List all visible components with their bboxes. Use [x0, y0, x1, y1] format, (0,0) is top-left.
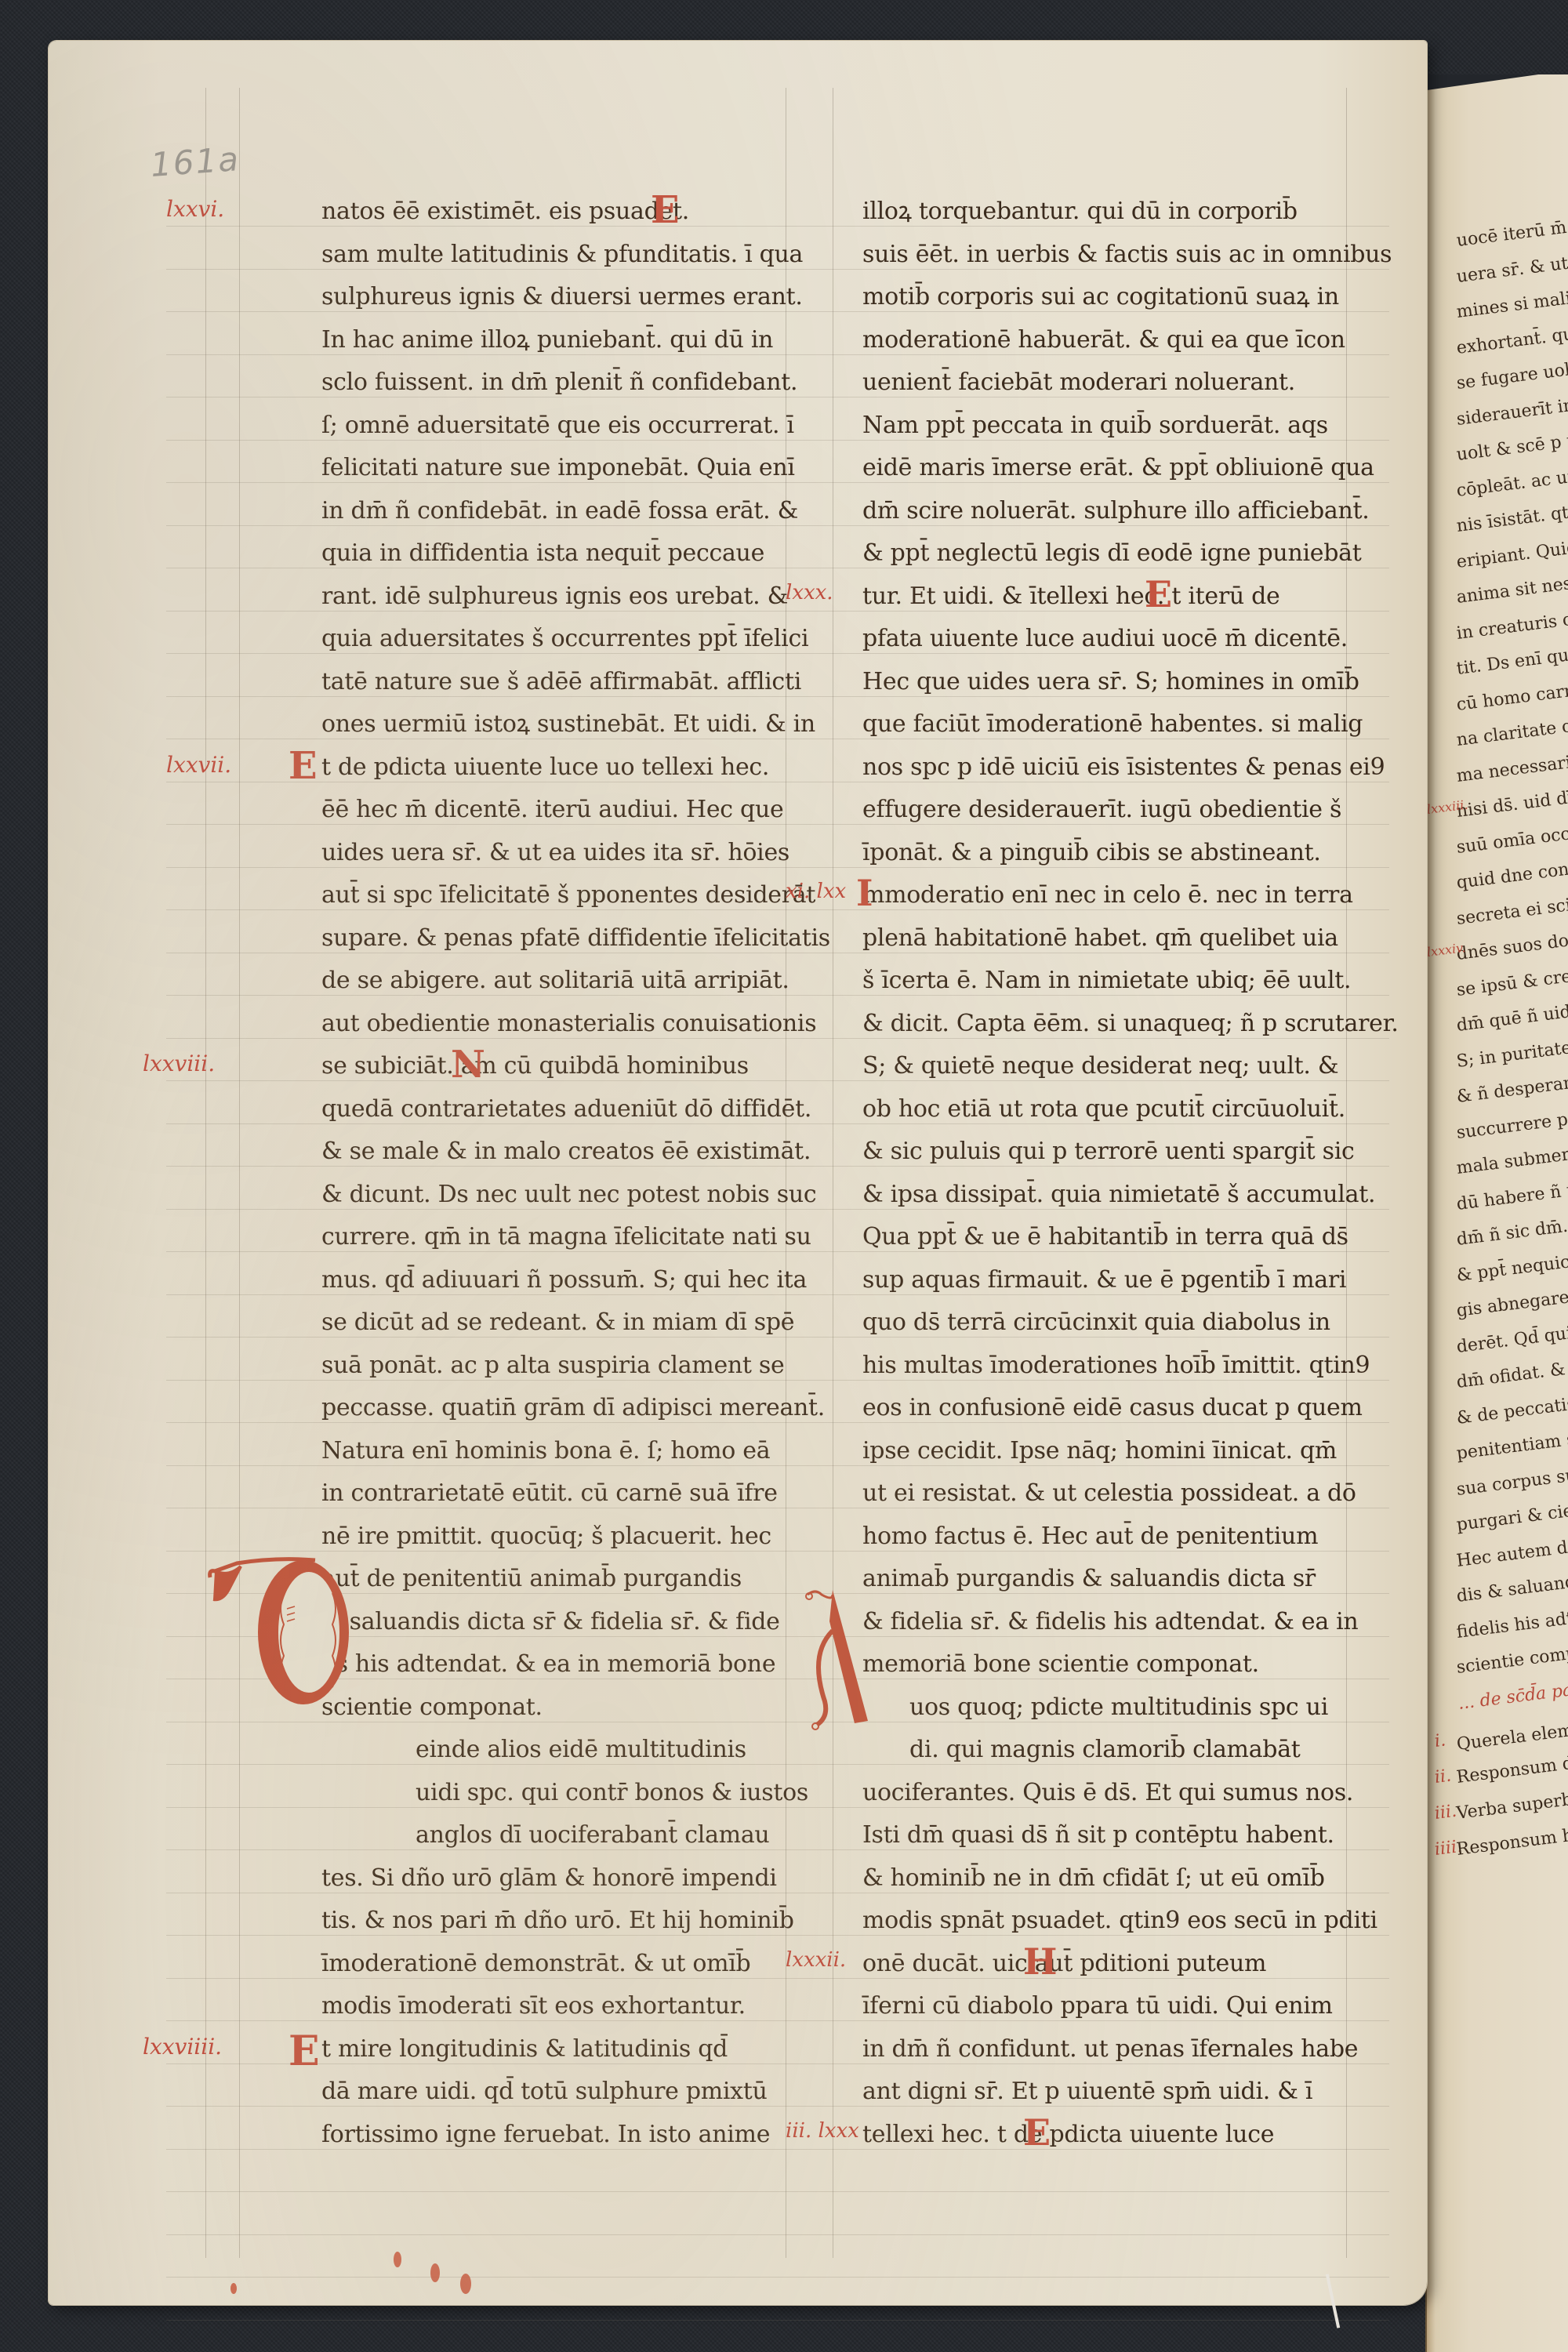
- text-line: Natura enī hominis bona ē. ſ; homo eā: [321, 1436, 770, 1467]
- text-line: aut̄ de penitentiū animab̄ purgandis: [321, 1563, 742, 1595]
- chapter-number-rubric: lxxviii.: [143, 1051, 215, 1076]
- text-line: & saluandis dicta sr̄ & fidelia sr̄. & f…: [321, 1606, 780, 1638]
- text-line: quedā contrarietates adueniūt dō diffidē…: [321, 1094, 811, 1125]
- chapter-number-rubric: iii. lxxx: [786, 2119, 859, 2143]
- inline-initial: E: [651, 188, 680, 232]
- text-line: plenā habitationē habet. qm̄ quelibet ui…: [862, 923, 1338, 954]
- facing-chapter-number: iii.: [1433, 1801, 1457, 1823]
- inline-initial: E: [289, 744, 318, 788]
- inline-initial: N: [451, 1043, 485, 1087]
- text-line: š īcerta ē. Nam in nimietate ubiq; ēē uu…: [862, 965, 1351, 996]
- facing-text-line: ma necessaria eis t: [1455, 746, 1568, 786]
- red-stain: [230, 2283, 237, 2294]
- ruling-line: [166, 2320, 1389, 2321]
- facing-text-line: secreta ei sciret.: [1455, 891, 1568, 929]
- text-line: tis. & nos pari m̄ dño urō. Et hij homin…: [321, 1905, 794, 1936]
- text-line: īmoderationē demonstrāt. & ut omīb̄: [321, 1948, 750, 1980]
- text-line: supare. & penas pfatē diffidentie īfelic…: [321, 923, 830, 954]
- text-line: ob hoc etiā ut rota que pcutit̄ circūuol…: [862, 1094, 1345, 1125]
- text-line: ſ; omnē aduersitatē que eis occurrerat. …: [321, 410, 794, 441]
- text-line: uenient̄ faciebāt moderari noluerant.: [862, 367, 1295, 398]
- facing-text-line: nisi ds̄. uid dī: [1455, 788, 1568, 822]
- facing-text-line: uera sr̄. & ut ea u: [1455, 249, 1568, 287]
- inline-initial: E: [1023, 2111, 1051, 2154]
- text-line: quia aduersitates š occurrentes ppt̄ īfe…: [321, 623, 808, 655]
- text-line: ones uermiū istoꝝ sustinebāt. Et uidi. &…: [321, 709, 815, 740]
- text-line: Qua ppt̄ & ue ē habitantib̄ in terra quā…: [862, 1221, 1348, 1253]
- text-line: sulphureus ignis & diuersi uermes erant.: [321, 281, 803, 313]
- text-line: se subiciāt. am cū quibdā hominibus: [321, 1051, 749, 1082]
- text-line: & hominib̄ ne in dm̄ cfidāt ſ; ut eū omī…: [862, 1863, 1325, 1894]
- text-line: quia in diffidentia ista nequit̄ peccaue: [321, 538, 764, 569]
- facing-text-line: sua corpus suū excu: [1455, 1458, 1568, 1499]
- text-line: se dicūt ad se redeant. & in miam dī spē: [321, 1307, 794, 1338]
- text-line: suā ponāt. ac p alta suspiria clament se: [321, 1350, 784, 1381]
- red-stain: [430, 2263, 440, 2282]
- facing-text-line: & de peccatis suis c: [1455, 1387, 1568, 1428]
- facing-text-line: dis & saluandis dic: [1455, 1566, 1568, 1606]
- ruling-line: [239, 88, 240, 2258]
- facing-chapter-number: ii.: [1433, 1766, 1452, 1787]
- text-line: & dicunt. Ds nec uult nec potest nobis s…: [321, 1179, 816, 1210]
- text-line: Nam ppt̄ peccata in quib̄ sorduerāt. aqs: [862, 410, 1328, 441]
- folio-number: 161a: [149, 140, 241, 184]
- text-line: rant. idē sulphureus ignis eos urebat. &: [321, 581, 788, 612]
- text-line: motib̄ corporis sui ac cogitationū suaꝝ …: [862, 281, 1339, 313]
- facing-page: uocē iterū m̄ dicenuera sr̄. & ut ea umi…: [1425, 74, 1568, 2352]
- facing-text-line: quid dne conferre: [1455, 855, 1568, 893]
- text-line: anglos dī uociferabant̄ clamau: [416, 1820, 769, 1851]
- facing-text-line: cū homo carnalit̄: [1455, 677, 1568, 715]
- facing-chapter-title: Querela elementoꝝ.: [1455, 1711, 1568, 1755]
- text-line: tur. Et uidi. & ītellexi hec. t iterū de: [862, 581, 1280, 612]
- text-line: suis ēēt. in uerbis & factis suis ac in …: [862, 239, 1392, 270]
- chapter-number-rubric: lxxvi.: [166, 196, 224, 222]
- facing-text-line: na claritate opū su: [1455, 711, 1568, 750]
- text-line: quo ds̄ terrā circūcinxit quia diabolus …: [862, 1307, 1330, 1338]
- facing-text-line: in creaturis opat̄.: [1455, 605, 1568, 643]
- initial-e: E: [289, 2027, 320, 2075]
- facing-text-line: Hec autem de pen: [1455, 1532, 1568, 1571]
- manuscript-leaf: 161a natos ēē existimēt. eis psuadet.sam…: [49, 41, 1427, 2305]
- facing-chapter-title: Responsum humilit: [1455, 1819, 1568, 1859]
- facing-text-line: derēt. Qd̄ qui salua: [1455, 1317, 1568, 1357]
- text-line: onē ducāt. uic aut̄ pditioni puteum: [862, 1948, 1266, 1980]
- text-line: Hec que uides uera sr̄. S; homines in om…: [862, 666, 1359, 698]
- facing-text-line: siderauerīt in dn: [1455, 392, 1568, 429]
- text-line: sup aquas firmauit. & ue ē pgentib̄ ī ma…: [862, 1265, 1346, 1296]
- facing-text-line: tit. Ds enī qui in t: [1455, 641, 1568, 679]
- facing-text-line: se ipsū & creaturas: [1455, 960, 1568, 1000]
- text-line: memoriā bone scientie componat.: [862, 1649, 1259, 1680]
- text-line: nos spc p idē uiciū eis īsistentes & pen…: [862, 752, 1385, 783]
- text-line: tes. Si dño urō glām & honorē impendi: [321, 1863, 777, 1894]
- facing-text-line: suū omīa occulta s: [1455, 818, 1568, 857]
- ruling-line: [166, 2234, 1389, 2235]
- facing-text-line: mines si maligno: [1455, 285, 1568, 322]
- facing-text-line: S; in puritate fidi: [1455, 1033, 1568, 1071]
- text-line: in dm̄ ñ confidebāt. in eadē fossa erāt.…: [321, 495, 798, 527]
- text-line: & ipsa dissipat̄. quia nimietatē š accum…: [862, 1179, 1375, 1210]
- facing-text-line: fidelis his adtenda: [1455, 1603, 1568, 1642]
- facing-text-line: purgari & ciec del: [1455, 1496, 1568, 1535]
- text-line: pfata uiuente luce audiui uocē m̄ dicent…: [862, 623, 1348, 655]
- chapter-number-rubric: lxxvii.: [166, 752, 231, 778]
- red-stain: [460, 2274, 471, 2294]
- facing-text-line: gis abnegare conte: [1455, 1281, 1568, 1321]
- facing-text-line: uocē iterū m̄ dicen: [1455, 212, 1568, 251]
- facing-text-line: uolt & scē p ut po: [1455, 426, 1568, 465]
- text-line: mmoderatio enī nec in celo ē. nec in ter…: [862, 880, 1353, 911]
- chapter-number-rubric: lxxviiii.: [143, 2034, 222, 2060]
- text-line: felicitati nature sue imponebāt. Quia en…: [321, 452, 795, 484]
- text-line: homo factus ē. Hec aut̄ de penitentium: [862, 1521, 1318, 1552]
- facing-text-line: dū habere ñ possit.: [1455, 1174, 1568, 1214]
- facing-text-line: scientie componat: [1455, 1639, 1568, 1678]
- text-line: de se abigere. aut solitariā uitā arripi…: [321, 965, 789, 996]
- text-line: scientie componat.: [321, 1692, 543, 1723]
- text-line: illoꝝ torquebantur. qui dū in corporib̄: [862, 196, 1298, 227]
- text-line: modis spnāt psuadet. qtin9 eos secū in p…: [862, 1905, 1377, 1936]
- facing-text-line: exhortant̄. que a: [1455, 321, 1568, 358]
- decorated-initial-d: [205, 1546, 354, 1719]
- text-line: īponāt. & a pinguib̄ cibis se abstineant…: [862, 837, 1321, 869]
- facing-text-line: succurrere possit n: [1455, 1102, 1568, 1142]
- text-line: in contrarietatē eūtit. cū carnē suā īfr…: [321, 1478, 778, 1509]
- inline-initial: E: [1145, 573, 1172, 615]
- text-line: mus. qd̄ adiuuari ñ possum̄. S; qui hec …: [321, 1265, 807, 1296]
- text-line: aut obedientie monasterialis conuisation…: [321, 1008, 816, 1040]
- text-line: his multas īmoderationes hoīb̄ īmittit. …: [862, 1350, 1370, 1381]
- facing-text-line: dm̄ quē ñ uidet ad: [1455, 996, 1568, 1036]
- facing-chapter-title: Verba superbie.: [1455, 1787, 1568, 1823]
- facing-text-line: dm̄ ñ sic dm̄. ſ; sic s: [1455, 1209, 1568, 1250]
- text-line: ut ei resistat. & ut celestia possideat.…: [862, 1478, 1356, 1509]
- text-line: Isti dm̄ quasi ds̄ ñ sit p contēptu habe…: [862, 1820, 1334, 1851]
- facing-text-line: mala submersus sit: [1455, 1138, 1568, 1178]
- facing-text-line: anima sit nescit.: [1455, 571, 1568, 608]
- text-line: In hac anime illoꝝ puniebant̄. qui dū in: [321, 325, 773, 356]
- text-line: ipse cecidit. Ipse nāq; homini īinicat. …: [862, 1436, 1337, 1467]
- ruling-line: [205, 88, 206, 2258]
- text-line: dā mare uidi. qd̄ totū sulphure pmixtū: [321, 2076, 768, 2107]
- facing-chapter-number: i.: [1433, 1730, 1446, 1751]
- text-line: effugere desiderauerīt. iugū obedientie …: [862, 794, 1341, 826]
- text-line: & sic puluis qui p terrorē uenti spargit…: [862, 1136, 1355, 1167]
- text-line: & ppt̄ neglectū legis dī eodē igne punie…: [862, 538, 1361, 569]
- text-line: currere. qm̄ in tā magna īfelicitate nat…: [321, 1221, 811, 1253]
- chapter-number-rubric: xi. lxx: [786, 880, 846, 903]
- text-line: que faciūt īmoderationē habentes. si mal…: [862, 709, 1363, 740]
- ruling-line: [833, 88, 833, 2258]
- text-line: īferni cū diabolo ppara tū uidi. Qui eni…: [862, 1991, 1333, 2022]
- ruling-line: [166, 2191, 1389, 2192]
- text-line: uos quoq; pdicte multitudinis spc ui: [909, 1692, 1328, 1723]
- facing-text-line: eripiant. Quicūq: [1455, 535, 1568, 572]
- text-line: uidi spc. qui contr̄ bonos & iustos: [416, 1777, 808, 1809]
- text-line: modis īmoderati sīt eos exhortantur.: [321, 1991, 746, 2022]
- text-line: einde alios eidē multitudinis: [416, 1734, 746, 1766]
- text-line: uociferantes. Quis ē ds̄. Et qui sumus n…: [862, 1777, 1353, 1809]
- text-line: S; & quietē neque desiderat neq; uult. &: [862, 1051, 1338, 1082]
- facing-text-line: nis īsistāt. qtin9 di: [1455, 497, 1568, 536]
- facing-text-line: dnēs suos dominat: [1455, 925, 1568, 964]
- text-line: sam multe latitudinis & pfunditatis. ī q…: [321, 239, 803, 270]
- text-line: moderationē habuerāt. & qui ea que īcon: [862, 325, 1345, 356]
- facing-text-line: & ppt̄ nequiciā suā: [1455, 1246, 1568, 1286]
- text-line: uides uera sr̄. & ut ea uides ita sr̄. h…: [321, 837, 789, 869]
- text-line: ant digni sr̄. Et p uiuentē spm̄ uidi. &…: [862, 2076, 1312, 2107]
- text-line: in dm̄ ñ confidunt. ut penas īfernales h…: [862, 2034, 1358, 2065]
- red-stain: [394, 2252, 401, 2267]
- text-line: natos ēē existimēt. eis psuadet.: [321, 196, 689, 227]
- text-line: peccasse. quatin̄ grām dī adipisci merea…: [321, 1392, 825, 1424]
- text-line: ēē hec m̄ dicentē. iterū audiui. Hec que: [321, 794, 783, 826]
- text-line: tellexi hec. t de pdicta uiuente luce: [862, 2119, 1274, 2151]
- text-line: t de pdicta uiuente luce uo tellexi hec.: [321, 752, 769, 783]
- facing-text-line: dm̄ ofidat. & diabo: [1455, 1353, 1568, 1392]
- text-line: tatē nature sue š adēē affirmabāt. affli…: [321, 666, 801, 698]
- text-line: lis his adtendat. & ea in memoriā bone: [321, 1649, 775, 1680]
- chapter-number-rubric: lxxx.: [786, 581, 833, 604]
- text-line: di. qui magnis clamorib̄ clamabāt: [909, 1734, 1301, 1766]
- text-line: dm̄ scire noluerāt. sulphure illo affici…: [862, 495, 1370, 527]
- facing-text-line: se fugare uoluer: [1455, 357, 1568, 394]
- decorated-initial-a: [801, 1584, 887, 1733]
- text-line: sclo fuissent. in dm̄ plenit̄ ñ confideb…: [321, 367, 797, 398]
- inline-initial: H: [1023, 1940, 1057, 1983]
- text-line: & se male & in malo creatos ēē existimāt…: [321, 1136, 811, 1167]
- text-line: eidē maris īmerse erāt. & ppt̄ obliuionē…: [862, 452, 1374, 484]
- text-line: t mire longitudinis & latitudinis qd̄: [321, 2034, 728, 2065]
- text-line: & dicit. Capta ēēm. si unaqueq; ñ p scru…: [862, 1008, 1399, 1040]
- facing-rubric-heading: ... de sc̄d̄a partitionē: [1457, 1672, 1568, 1714]
- text-line: animab̄ purgandis & saluandis dicta sr̄: [862, 1563, 1316, 1595]
- text-line: & fidelia sr̄. & fidelis his adtendat. &…: [862, 1606, 1358, 1638]
- text-line: aut̄ si spc īfelicitatē š pponentes desi…: [321, 880, 815, 911]
- chapter-number-rubric: lxxxii.: [786, 1948, 846, 1972]
- text-line: nē ire pmittit. quocūq; š placuerit. hec: [321, 1521, 771, 1552]
- facing-text-line: & ñ desperando dicā: [1455, 1065, 1568, 1107]
- text-line: fortissimo igne feruebat. In isto anime: [321, 2119, 770, 2151]
- facing-text-line: penitentiam se em: [1455, 1425, 1568, 1464]
- facing-text-line: cōpleāt. ac uigili: [1455, 463, 1568, 500]
- ruling-line: [166, 2277, 1389, 2278]
- inline-initial: I: [856, 872, 873, 914]
- text-line: eos in confusionē eidē casus ducat p que…: [862, 1392, 1363, 1424]
